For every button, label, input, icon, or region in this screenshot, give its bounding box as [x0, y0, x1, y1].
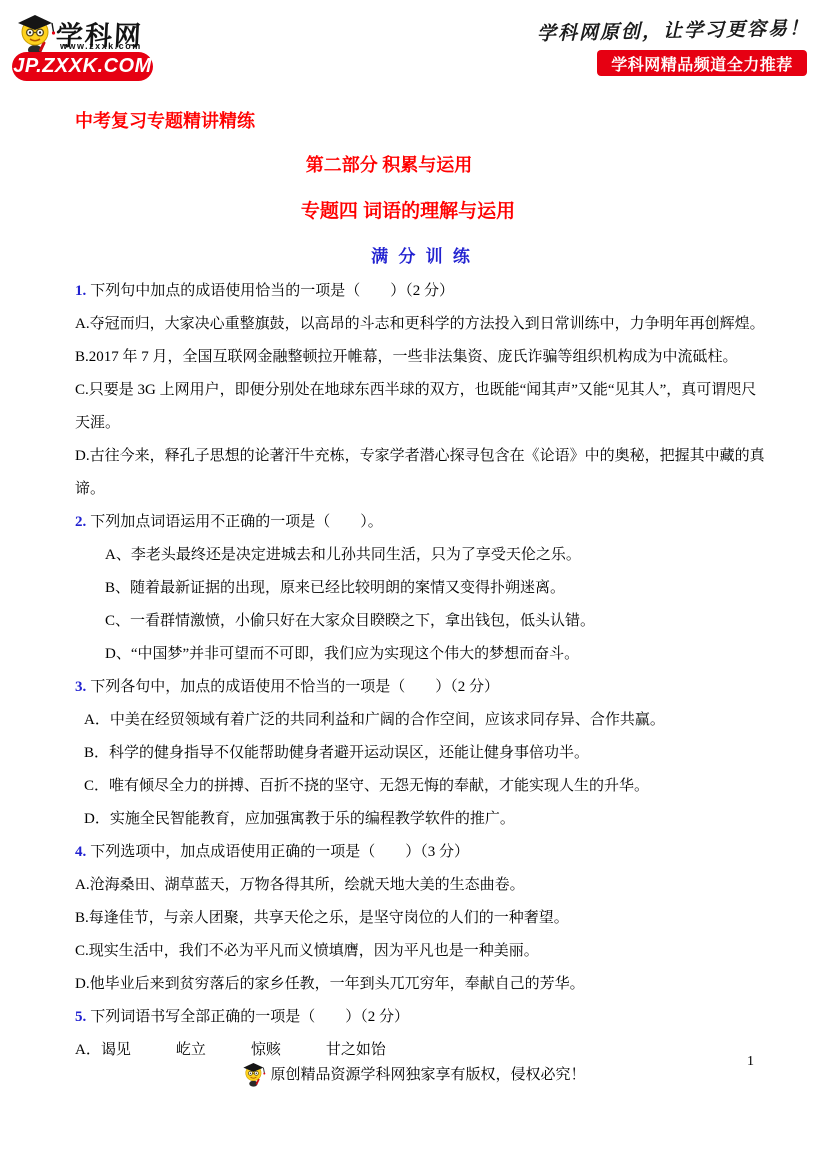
jp-zxxk-banner: JP.ZXXK.COM: [12, 52, 153, 81]
question-1-option-b: B.2017 年 7 月，全国互联网金融整顿拉开帷幕，一些非法集资、庞氏诈骗等组…: [75, 341, 769, 374]
footer-mascot-icon: [241, 1058, 267, 1088]
footer: 原创精品资源学科网独家享有版权，侵权必究！: [0, 1058, 827, 1088]
document-content: 中考复习专题精讲精练 第二部分 积累与运用 专题四 词语的理解与运用 满 分 训…: [75, 110, 769, 1067]
question-3-option-d: D．实施全民智能教育，应加强寓教于乐的编程教学软件的推广。: [75, 803, 769, 836]
question-3-option-b: B．科学的健身指导不仅能帮助健身者避开运动误区，还能让健身事倍功半。: [75, 737, 769, 770]
question-3-stem-text: 下列各句中，加点的成语使用不恰当的一项是（ ）（2 分）: [90, 679, 499, 695]
footer-copyright-text: 原创精品资源学科网独家享有版权，侵权必究！: [270, 1063, 585, 1084]
question-4-option-a: A.沧海桑田、湖草蓝天，万物各得其所，绘就天地大美的生态曲卷。: [75, 869, 769, 902]
question-2: 2.下列加点词语运用不正确的一项是（ ）。 A、李老头最终还是决定进城去和儿孙共…: [75, 506, 769, 671]
page-number: 1: [747, 1054, 754, 1070]
question-1-option-c: C.只要是 3G 上网用户，即便分别处在地球东西半球的双方，也既能“闻其声”又能…: [75, 374, 769, 440]
question-1-option-a: A.夺冠而归，大家决心重整旗鼓，以高昂的斗志和更科学的方法投入到日常训练中，力争…: [75, 308, 769, 341]
question-4-option-b: B.每逢佳节，与亲人团聚，共享天伦之乐，是坚守岗位的人们的一种奢望。: [75, 902, 769, 935]
question-4: 4.下列选项中，加点成语使用正确的一项是（ ）（3 分） A.沧海桑田、湖草蓝天…: [75, 836, 769, 1001]
question-1-number: 1.: [75, 283, 86, 299]
question-1: 1.下列句中加点的成语使用恰当的一项是（ ）（2 分） A.夺冠而归，大家决心重…: [75, 275, 769, 506]
document-page: 学科网 www.zxxk.com JP.ZXXK.COM 学科网原创，让学习更容…: [0, 0, 827, 1169]
question-4-number: 4.: [75, 844, 86, 860]
question-4-stem: 4.下列选项中，加点成语使用正确的一项是（ ）（3 分）: [75, 836, 769, 869]
section-title: 满 分 训 练: [75, 245, 769, 269]
question-1-stem: 1.下列句中加点的成语使用恰当的一项是（ ）（2 分）: [75, 275, 769, 308]
question-4-option-c: C.现实生活中，我们不必为平凡而义愤填膺，因为平凡也是一种美丽。: [75, 935, 769, 968]
question-5-number: 5.: [75, 1009, 86, 1025]
page-title: 中考复习专题精讲精练: [75, 110, 769, 132]
question-3-option-c: C．唯有倾尽全力的拼搏、百折不挠的坚守、无怨无悔的奉献，才能实现人生的升华。: [75, 770, 769, 803]
question-5-stem-text: 下列词语书写全部正确的一项是（ ）（2 分）: [90, 1009, 409, 1025]
question-2-option-b: B、随着最新证据的出现，原来已经比较明朗的案情又变得扑朔迷离。: [75, 572, 769, 605]
question-1-stem-text: 下列句中加点的成语使用恰当的一项是（ ）（2 分）: [90, 283, 454, 299]
question-2-stem-text: 下列加点词语运用不正确的一项是（ ）。: [90, 514, 383, 530]
scholar-mascot-icon: [14, 8, 58, 56]
question-3-option-a: A．中美在经贸领域有着广泛的共同利益和广阔的合作空间，应该求同存异、合作共赢。: [75, 704, 769, 737]
topic-title: 专题四 词语的理解与运用: [61, 199, 755, 225]
question-2-option-d: D、“中国梦”并非可望而不可即，我们应为实现这个伟大的梦想而奋斗。: [75, 638, 769, 671]
question-4-option-d: D.他毕业后来到贫穷落后的家乡任教，一年到头兀兀穷年，奉献自己的芳华。: [75, 968, 769, 1001]
question-2-stem: 2.下列加点词语运用不正确的一项是（ ）。: [75, 506, 769, 539]
question-2-option-c: C、一看群情激愤，小偷只好在大家众目睽睽之下，拿出钱包，低头认错。: [75, 605, 769, 638]
question-2-number: 2.: [75, 514, 86, 530]
question-3-number: 3.: [75, 679, 86, 695]
brand-site-text: www.zxxk.com: [60, 41, 142, 51]
question-4-stem-text: 下列选项中，加点成语使用正确的一项是（ ）（3 分）: [90, 844, 469, 860]
question-3-stem: 3.下列各句中，加点的成语使用不恰当的一项是（ ）（2 分）: [75, 671, 769, 704]
brand-slogan: 学科网原创，让学习更容易！: [537, 13, 811, 46]
promo-banner: 学科网精品频道全力推荐: [597, 50, 807, 76]
question-3: 3.下列各句中，加点的成语使用不恰当的一项是（ ）（2 分） A．中美在经贸领域…: [75, 671, 769, 836]
part-title: 第二部分 积累与运用: [42, 153, 736, 177]
question-2-option-a: A、李老头最终还是决定进城去和儿孙共同生活，只为了享受天伦之乐。: [75, 539, 769, 572]
question-5-stem: 5.下列词语书写全部正确的一项是（ ）（2 分）: [75, 1001, 769, 1034]
question-1-option-d: D.古往今来，释孔子思想的论著汗牛充栋，专家学者潜心探寻包含在《论语》中的奥秘，…: [75, 440, 769, 506]
